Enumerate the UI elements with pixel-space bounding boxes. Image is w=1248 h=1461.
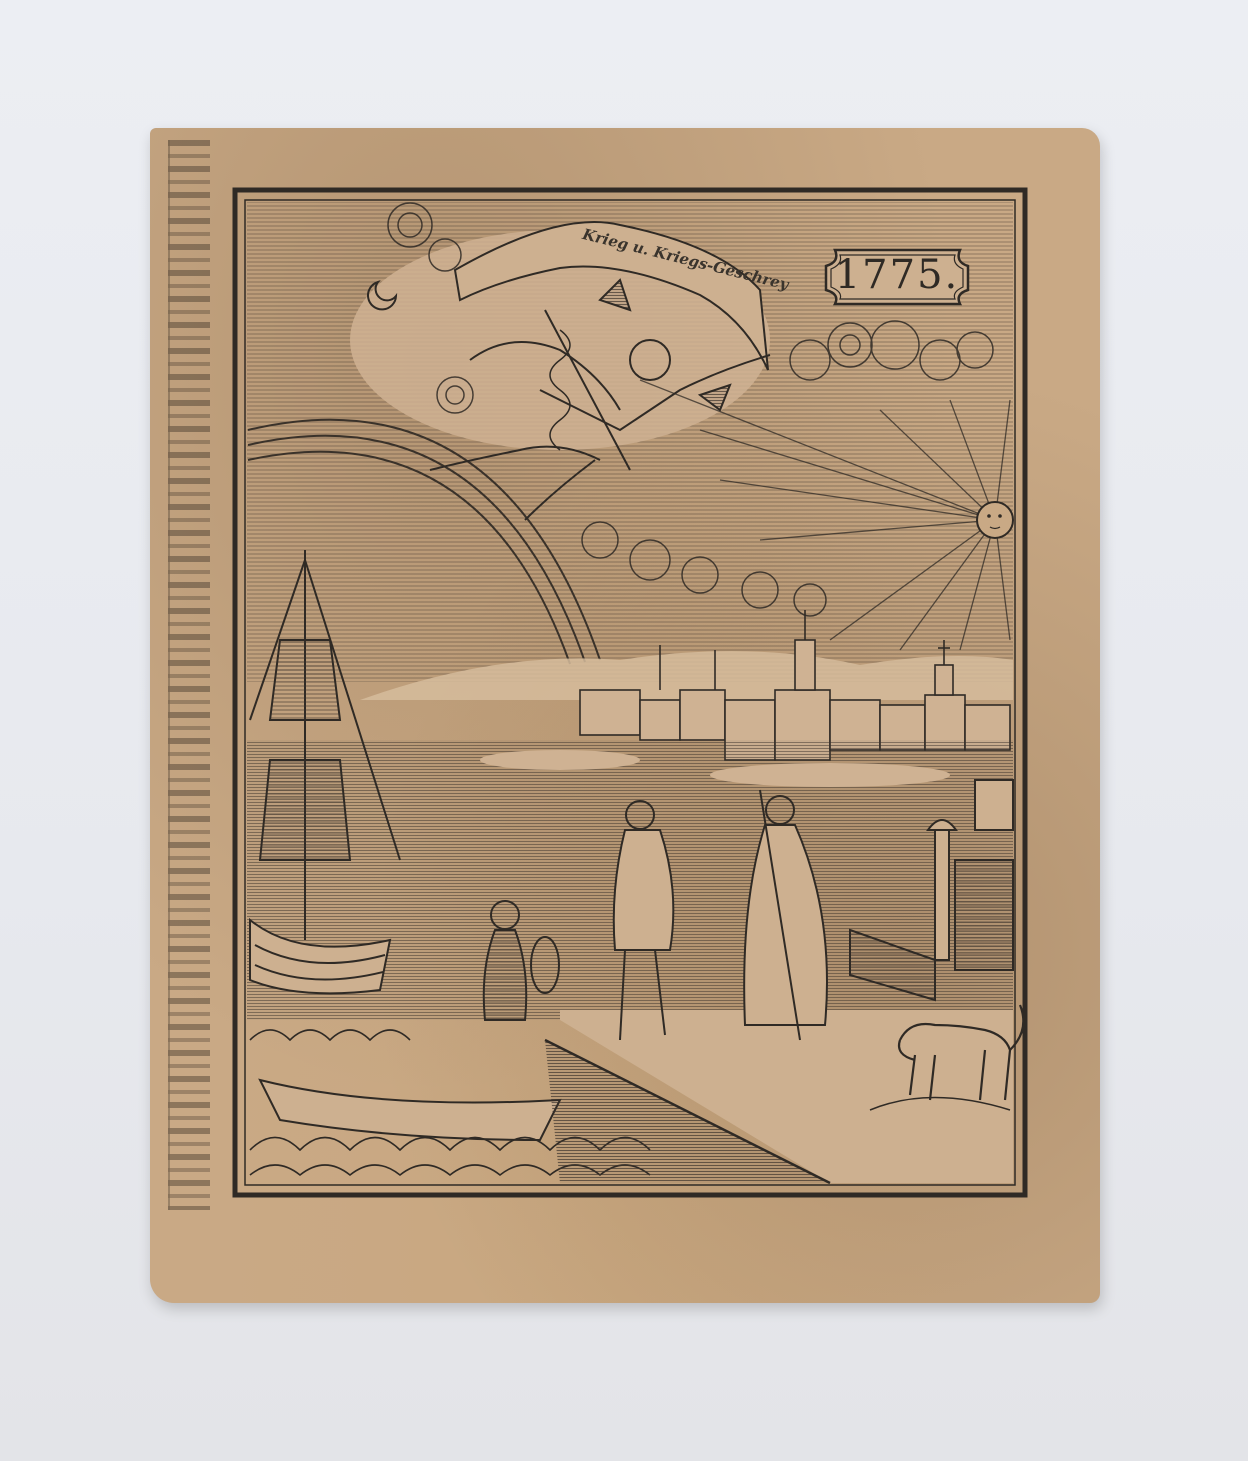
year-label: 1775.	[822, 246, 972, 304]
photo-scene: 1775. Krieg u. Kriegs-Geschrey	[0, 0, 1248, 1461]
quay	[545, 1010, 1013, 1183]
woodcut-illustration	[0, 0, 1248, 1461]
